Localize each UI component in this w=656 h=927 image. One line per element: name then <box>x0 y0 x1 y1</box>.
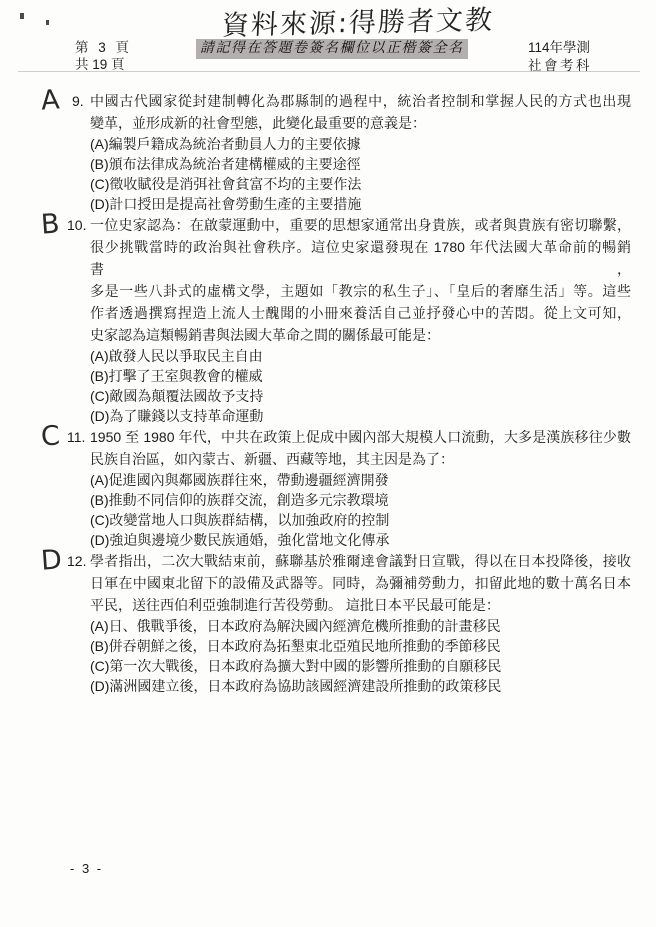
question-number: 12. <box>67 550 86 572</box>
question-stem-line: 作者透過撰寫捏造上流人士醜聞的小冊來養活自己並抒發心中的苦悶。從上文可知， <box>90 302 631 324</box>
question-stem-line: 變革，並形成新的社會型態，此變化最重要的意義是： <box>90 112 631 134</box>
header-divider <box>18 71 640 72</box>
option-b: (B)打擊了王室與教會的權威 <box>90 366 631 386</box>
question-number: 11. <box>67 426 85 448</box>
option-b: (B)併吞朝鮮之後，日本政府為拓墾東北亞殖民地所推動的季節移民 <box>90 636 631 656</box>
option-c: (C)徵收賦役是消弭社會貧富不均的主要作法 <box>90 174 631 194</box>
question-stem-line: 平民，送往西伯利亞強制進行苦役勞動。 這批日本平民最可能是： <box>90 594 631 616</box>
option-c: (C)第一次大戰後，日本政府為擴大對中國的影響所推動的自願移民 <box>90 656 631 676</box>
option-a: (A)編製戶籍成為統治者動員人力的主要依據 <box>90 134 631 154</box>
question-stem-line: 一位史家認為：在啟蒙運動中，重要的思想家通常出身貴族，或者與貴族有密切聯繫， <box>90 214 631 236</box>
option-b: (B)頒布法律成為統治者建構權威的主要途徑 <box>90 154 631 174</box>
question-list: A 9. 中國古代國家從封建制轉化為郡縣制的過程中，統治者控制和掌握人民的方式也… <box>90 90 631 696</box>
option-d: (D)強迫與邊境少數民族通婚，強化當地文化傳承 <box>90 530 631 550</box>
footer-page-number: - 3 - <box>70 861 103 876</box>
question-stem-line: 民族自治區，如內蒙古、新疆、西藏等地，其主因是為了： <box>90 448 631 470</box>
question-stem-line: 日軍在中國東北留下的設備及武器等。同時，為彌補勞動力，扣留此地的數十萬名日本 <box>90 572 631 594</box>
handwritten-answer-10: B <box>40 208 61 240</box>
question-number: 9. <box>72 90 84 112</box>
option-a: (A)啟發人民以爭取民主自由 <box>90 346 631 366</box>
exam-title: 114年學測 <box>528 39 592 57</box>
question-stem-line: 史家認為這類暢銷書與法國大革命之間的關係最可能是： <box>90 324 631 346</box>
page-number-label: 第 3 頁 <box>75 39 132 56</box>
question-12: D 12. 學者指出，二次大戰結束前，蘇聯基於雅爾達會議對日宣戰，得以在日本投降… <box>90 550 631 696</box>
question-stem-line: 很少挑戰當時的政治與社會秩序。這位史家還發現在 1780 年代法國大革命前的暢銷… <box>90 236 631 280</box>
scan-speck <box>20 13 24 19</box>
question-11: C 11. 1950 至 1980 年代，中共在政策上促成中國內部大規模人口流動… <box>90 426 631 550</box>
scan-speck <box>46 20 49 25</box>
question-9: A 9. 中國古代國家從封建制轉化為郡縣制的過程中，統治者控制和掌握人民的方式也… <box>90 90 631 214</box>
option-d: (D)計口授田是提高社會勞動生產的主要措施 <box>90 194 631 214</box>
handwritten-answer-12: D <box>40 544 63 576</box>
option-a: (A)促進國內與鄰國族群往來，帶動邊疆經濟開發 <box>90 470 631 490</box>
option-c: (C)敵國為顛覆法國故予支持 <box>90 386 631 406</box>
option-b: (B)推動不同信仰的族群交流，創造多元宗教環境 <box>90 490 631 510</box>
question-number: 10. <box>67 214 86 236</box>
question-stem-line: 1950 至 1980 年代，中共在政策上促成中國內部大規模人口流動，大多是漢族… <box>90 426 631 448</box>
handwritten-answer-9: A <box>40 84 61 116</box>
option-c: (C)改變當地人口與族群結構，以加強政府的控制 <box>90 510 631 530</box>
page-count-block: 第 3 頁 共 19 頁 <box>75 39 132 73</box>
signature-notice-highlight: 請記得在答題卷簽名欄位以正楷簽全名 <box>196 39 468 59</box>
option-d: (D)滿洲國建立後，日本政府為協助該國經濟建設所推動的政策移民 <box>90 676 631 696</box>
question-stem-line: 中國古代國家從封建制轉化為郡縣制的過程中，統治者控制和掌握人民的方式也出現 <box>90 90 631 112</box>
handwritten-answer-11: C <box>40 420 61 452</box>
option-d: (D)為了賺錢以支持革命運動 <box>90 406 631 426</box>
question-stem-line: 學者指出，二次大戰結束前，蘇聯基於雅爾達會議對日宣戰，得以在日本投降後，接收 <box>90 550 631 572</box>
scanned-exam-page: 資料來源:得勝者文教 第 3 頁 共 19 頁 請記得在答題卷簽名欄位以正楷簽全… <box>0 0 656 927</box>
option-a: (A)日、俄戰爭後，日本政府為解決國內經濟危機所推動的計畫移民 <box>90 616 631 636</box>
exam-info-block: 114年學測 社會考科 <box>528 39 592 75</box>
handwritten-source-note: 資料來源:得勝者文教 <box>221 0 473 43</box>
question-10: B 10. 一位史家認為：在啟蒙運動中，重要的思想家通常出身貴族，或者與貴族有密… <box>90 214 631 426</box>
exam-subject: 社會考科 <box>528 57 592 75</box>
question-stem-line: 多是一些八卦式的虛構文學，主題如「教宗的私生子」、「皇后的奢靡生活」等。這些 <box>90 280 631 302</box>
